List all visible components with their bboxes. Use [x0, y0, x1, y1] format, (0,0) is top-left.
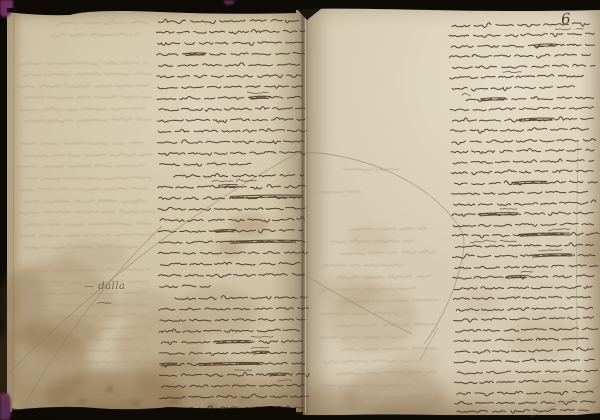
page-number: 6	[560, 10, 571, 29]
left-page	[7, 10, 303, 412]
margin-note-dash: —	[84, 281, 95, 292]
cover-edge-top-spot	[224, 0, 234, 5]
margin-note-word: dalla	[98, 281, 125, 292]
manuscript-photo: 6 — dalla	[0, 0, 600, 420]
right-page	[303, 8, 600, 415]
cover-edge-bottom-left	[0, 393, 11, 420]
gutter-shadow	[270, 8, 336, 415]
margin-note: — dalla	[84, 281, 125, 292]
